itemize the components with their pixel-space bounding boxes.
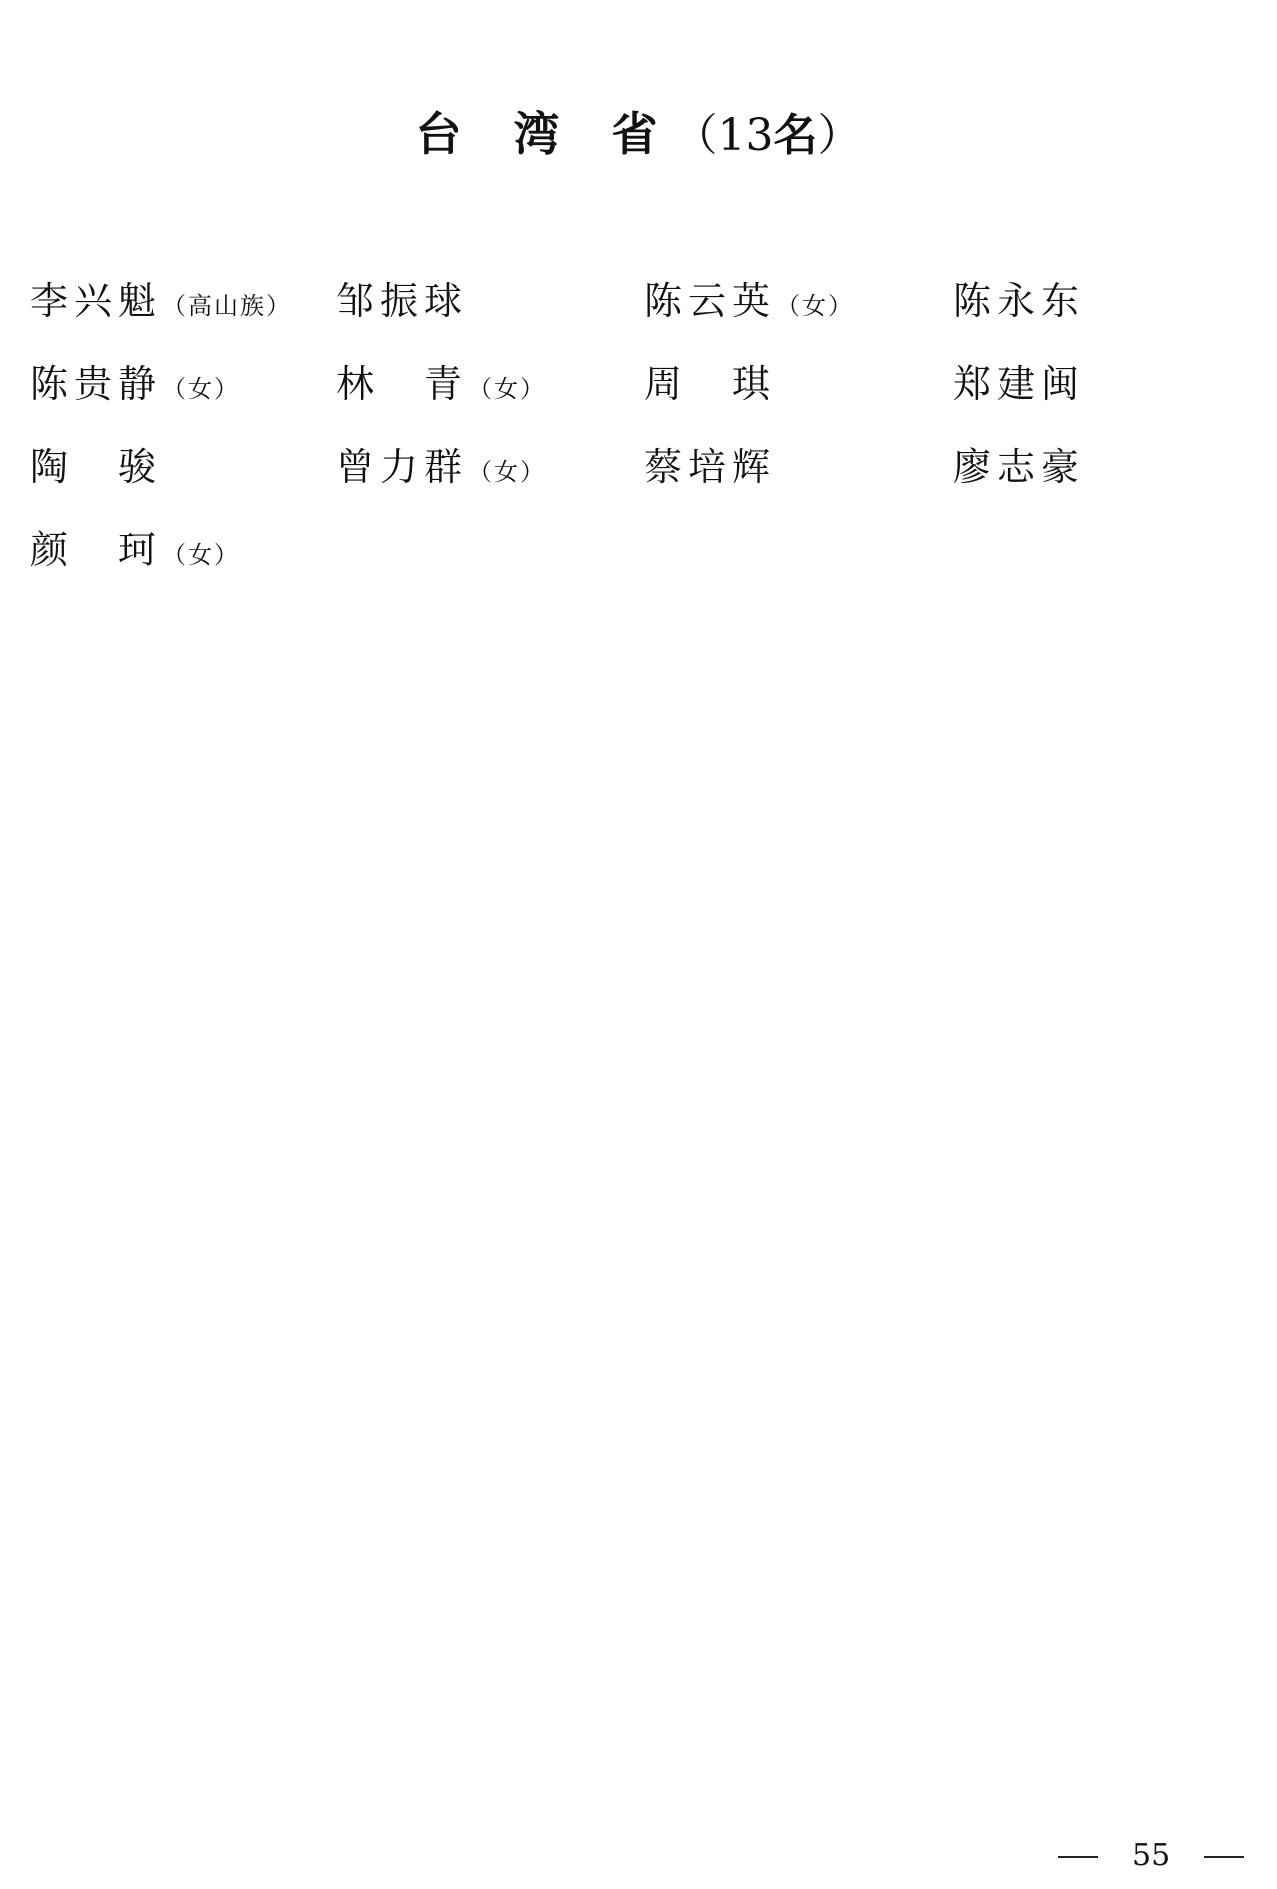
person-name: 蔡培辉	[644, 445, 776, 489]
list-item: 邹振球	[336, 270, 468, 325]
count-number: 13	[718, 110, 774, 161]
name-row: 李兴魁（高山族） 邹振球 陈云英（女） 陈永东	[30, 270, 1260, 353]
person-name: 林 青	[336, 362, 468, 406]
name-list: 李兴魁（高山族） 邹振球 陈云英（女） 陈永东 陈贵静（女） 林 青（女） 周 …	[30, 270, 1260, 602]
list-item: 李兴魁（高山族）	[30, 270, 292, 325]
list-item: 郑建闽	[953, 353, 1085, 408]
person-note: （女）	[162, 375, 240, 403]
person-note: （高山族）	[162, 292, 292, 320]
person-note: （女）	[162, 541, 240, 569]
dash-left	[1058, 1856, 1098, 1858]
person-name: 陈贵静	[30, 362, 162, 406]
person-name: 廖志豪	[953, 445, 1085, 489]
person-name: 曾力群	[336, 445, 468, 489]
name-row: 陶 骏 曾力群（女） 蔡培辉 廖志豪	[30, 436, 1260, 519]
list-item: 周 琪	[644, 353, 776, 408]
title-char: 台	[415, 98, 461, 164]
person-note: （女）	[468, 375, 546, 403]
dash-right	[1204, 1856, 1244, 1858]
person-note: （女）	[776, 292, 854, 320]
list-item: 颜 珂（女）	[30, 519, 240, 574]
list-item: 陈永东	[953, 270, 1085, 325]
person-note: （女）	[468, 458, 546, 486]
name-row: 颜 珂（女）	[30, 519, 1260, 602]
person-name: 周 琪	[644, 362, 776, 406]
title-char: 省	[611, 98, 657, 164]
list-item: 廖志豪	[953, 436, 1085, 491]
list-item: 陶 骏	[30, 436, 162, 491]
paren-open: （	[674, 110, 718, 161]
person-name: 陶 骏	[30, 445, 162, 489]
list-item: 曾力群（女）	[336, 436, 546, 491]
page-footer: 55	[1058, 1838, 1244, 1873]
list-item: 陈贵静（女）	[30, 353, 240, 408]
member-count: （13名）	[674, 110, 862, 161]
paren-close: ）	[818, 110, 862, 161]
person-name: 李兴魁	[30, 279, 162, 323]
page-number: 55	[1132, 1838, 1170, 1873]
person-name: 颜 珂	[30, 528, 162, 572]
title-char: 湾	[513, 98, 559, 164]
person-name: 郑建闽	[953, 362, 1085, 406]
person-name: 邹振球	[336, 279, 468, 323]
province-name: 台湾省	[415, 107, 673, 161]
name-row: 陈贵静（女） 林 青（女） 周 琪 郑建闽	[30, 353, 1260, 436]
list-item: 蔡培辉	[644, 436, 776, 491]
list-item: 陈云英（女）	[644, 270, 854, 325]
person-name: 陈永东	[953, 279, 1085, 323]
person-name: 陈云英	[644, 279, 776, 323]
count-unit: 名	[774, 110, 818, 161]
list-item: 林 青（女）	[336, 353, 546, 408]
page-title: 台湾省 （13名）	[0, 98, 1277, 164]
